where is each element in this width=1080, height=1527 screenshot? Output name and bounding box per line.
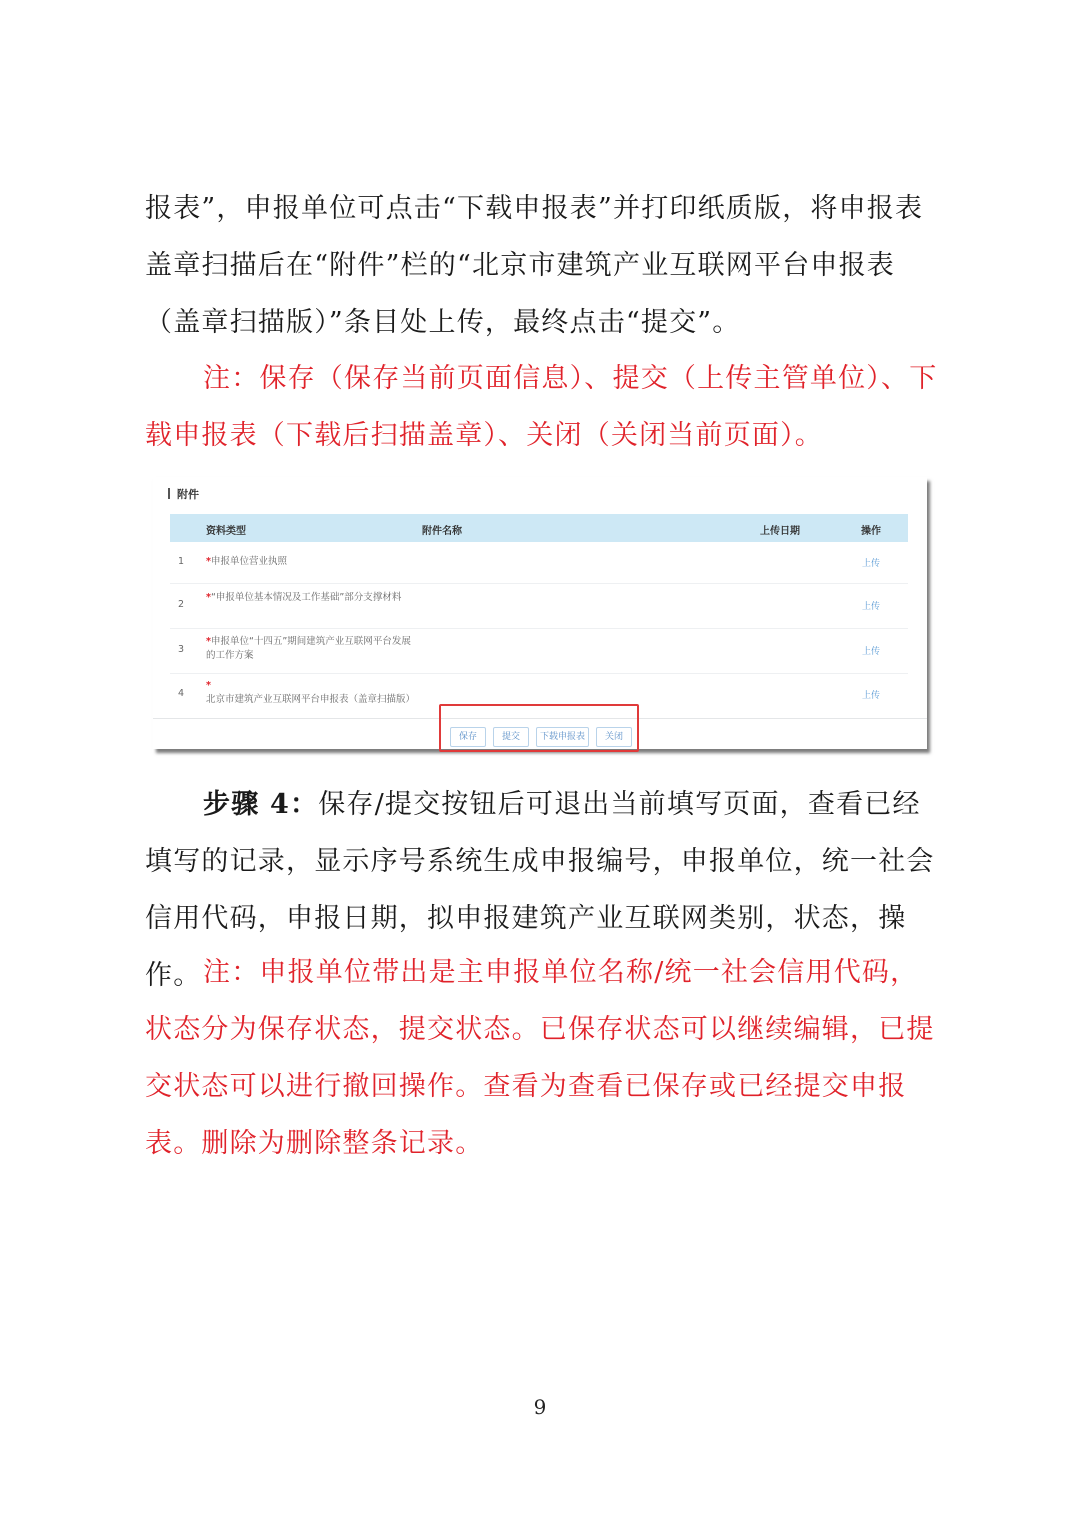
section-title: 附件 bbox=[169, 486, 199, 502]
upload-link[interactable]: 上传 bbox=[862, 644, 880, 657]
table-row: 2 *“申报单位基本情况及工作基础”部分支撑材料 上传 bbox=[170, 584, 908, 629]
attachment-screenshot: 附件 资料类型 附件名称 上传日期 操作 1 *申报单位营业执照 上传 2 *“… bbox=[153, 477, 927, 749]
column-header: 操作 bbox=[861, 522, 881, 537]
table-header: 资料类型 附件名称 上传日期 操作 bbox=[170, 514, 908, 542]
upload-link[interactable]: 上传 bbox=[862, 556, 880, 569]
required-icon: * bbox=[206, 680, 211, 691]
page-number: 9 bbox=[0, 1395, 1080, 1419]
table-row: 3 *申报单位“十四五”期间建筑产业互联网平台发展的工作方案 上传 bbox=[170, 629, 908, 674]
note-paragraph: 注：申报单位带出是主申报单位名称/统一社会信用代码，状态分为保存状态，提交状态。… bbox=[145, 944, 945, 1172]
highlight-box bbox=[439, 704, 639, 752]
column-header: 资料类型 bbox=[206, 522, 246, 537]
column-header: 上传日期 bbox=[760, 522, 800, 537]
step-label: 步骤 4： bbox=[203, 789, 318, 820]
instruction-paragraph: 报表”，申报单位可点击“下载申报表”并打印纸质版，将申报表盖章扫描后在“附件”栏… bbox=[145, 180, 945, 351]
upload-link[interactable]: 上传 bbox=[862, 688, 880, 701]
column-header: 附件名称 bbox=[422, 522, 462, 537]
table-row: 1 *申报单位营业执照 上传 bbox=[170, 543, 908, 584]
upload-link[interactable]: 上传 bbox=[862, 599, 880, 612]
note-paragraph: 注：保存（保存当前页面信息）、提交（上传主管单位）、下载申报表（下载后扫描盖章）… bbox=[145, 350, 945, 464]
